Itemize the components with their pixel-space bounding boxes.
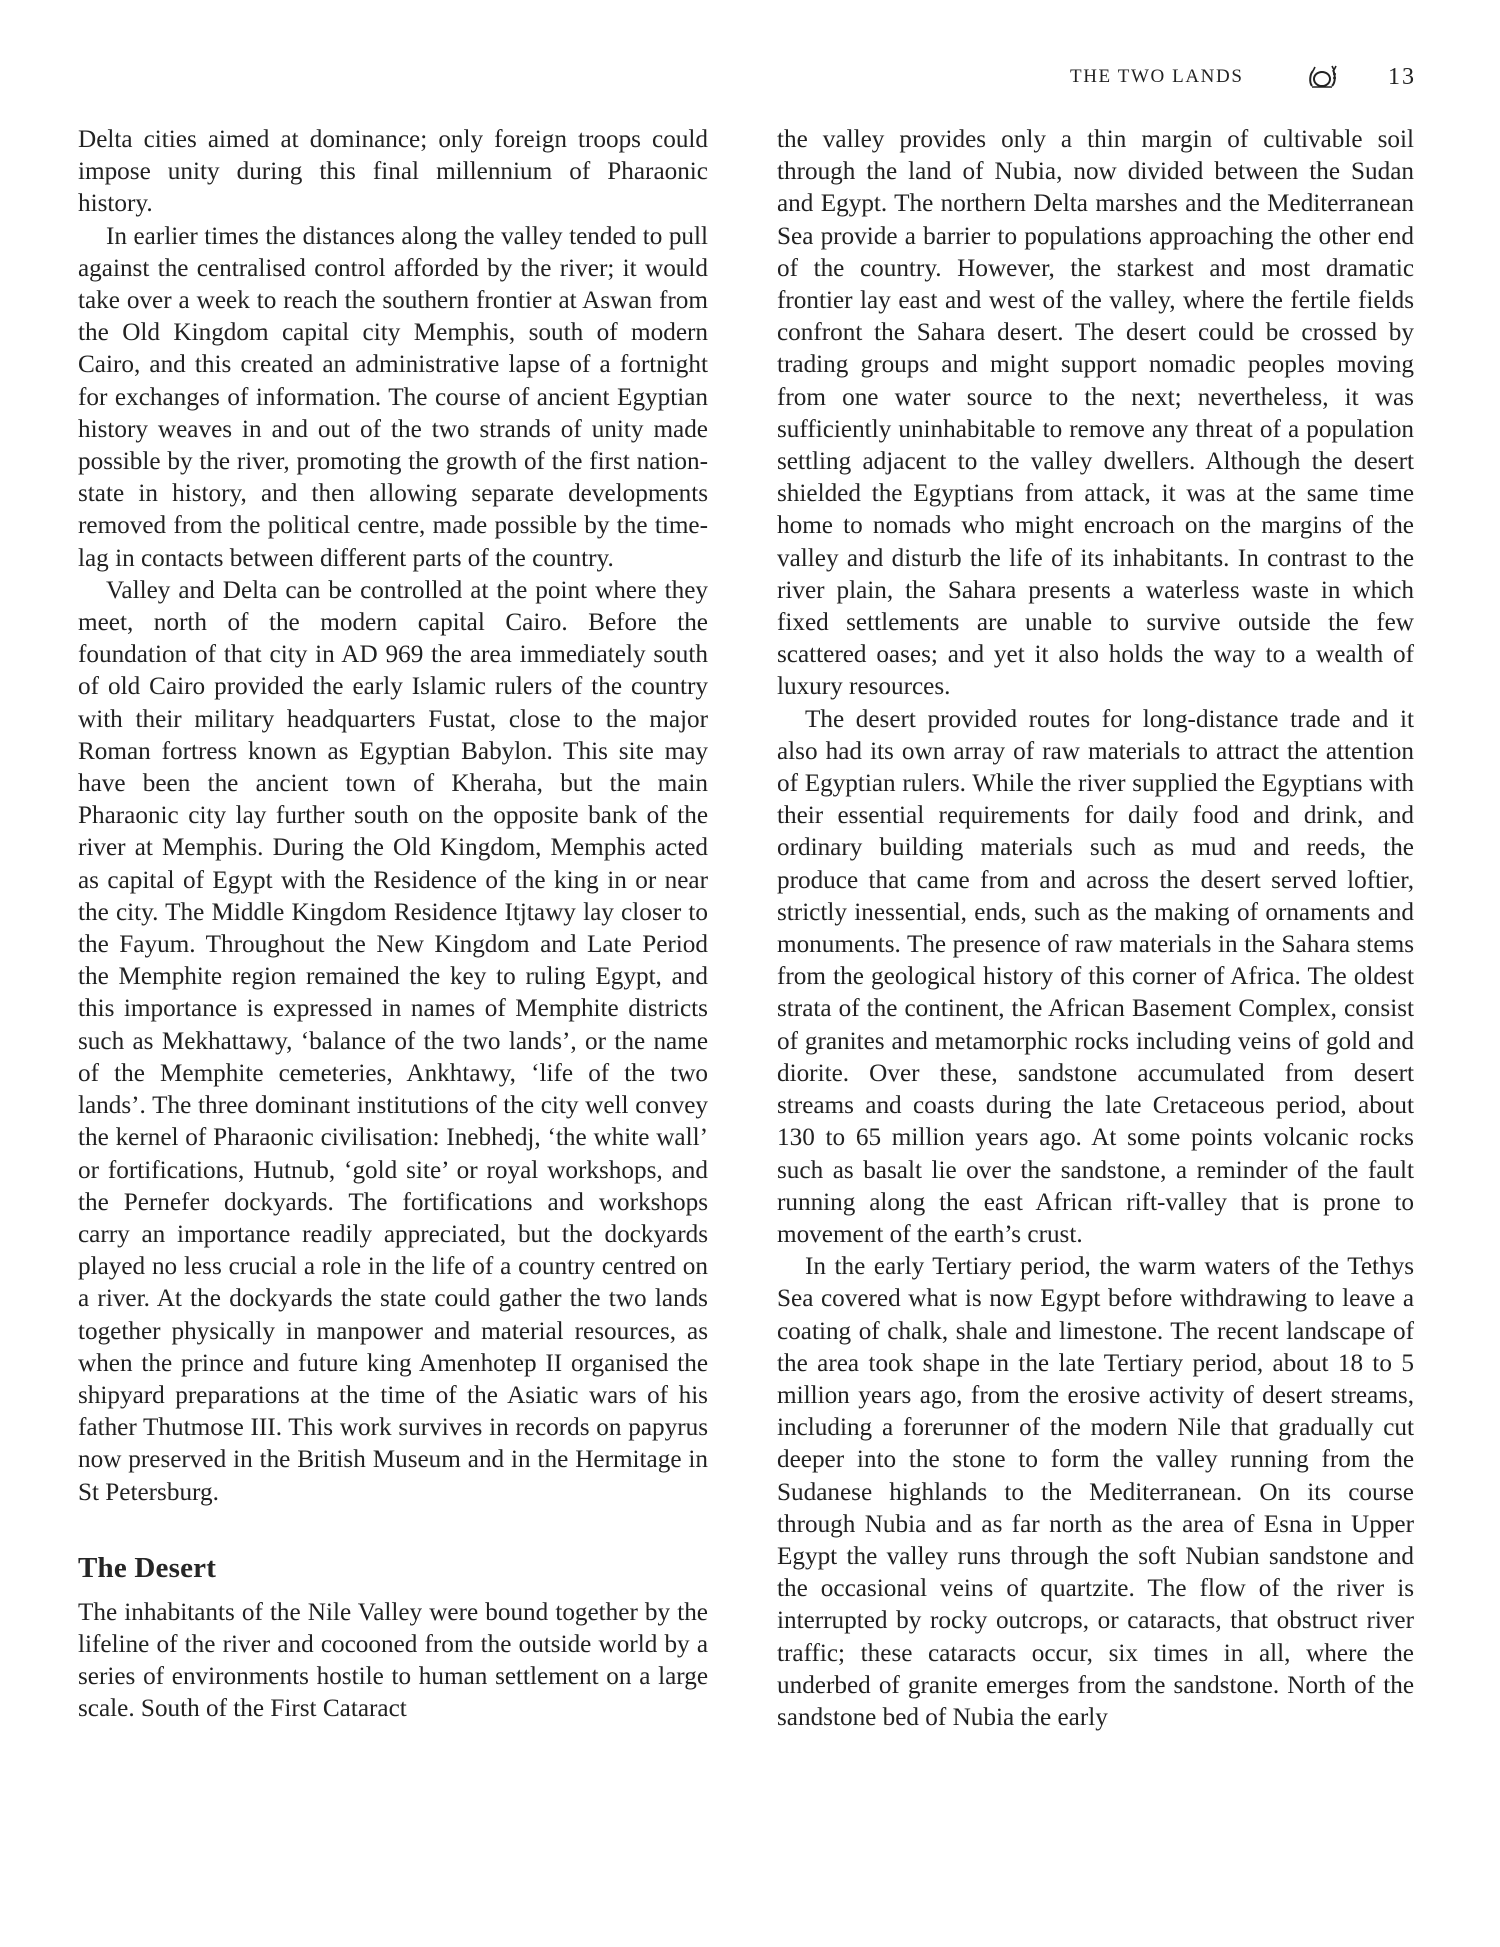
running-head: THE TWO LANDS 13 (1060, 62, 1420, 92)
paragraph: The inhabitants of the Nile Valley were … (78, 1597, 708, 1726)
paragraph: the valley provides only a thin margin o… (777, 124, 1414, 704)
hieroglyph-ornament-icon (1306, 62, 1340, 90)
left-column: Delta cities aimed at dominance; only fo… (78, 124, 708, 1726)
right-column: the valley provides only a thin margin o… (777, 124, 1414, 1734)
paragraph: Valley and Delta can be controlled at th… (78, 575, 708, 1509)
paragraph: In earlier times the distances along the… (78, 221, 708, 575)
paragraph: Delta cities aimed at dominance; only fo… (78, 124, 708, 221)
paragraph: In the early Tertiary period, the warm w… (777, 1251, 1414, 1734)
paragraph: The desert provided routes for long-dist… (777, 704, 1414, 1251)
page-number: 13 (1388, 64, 1416, 91)
running-head-title: THE TWO LANDS (1070, 66, 1244, 88)
section-heading: The Desert (78, 1551, 708, 1585)
